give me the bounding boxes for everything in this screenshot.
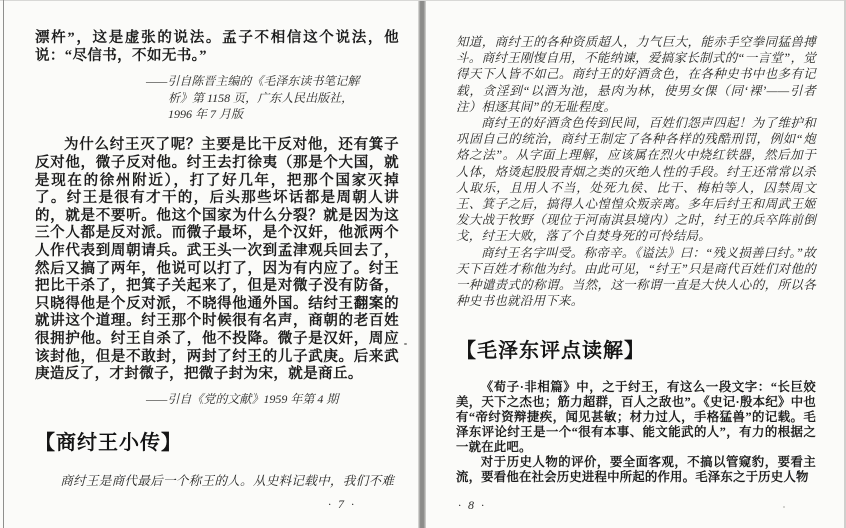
book-spine-divider [418,0,426,528]
section-heading-biography: 【商纣王小传】 [35,431,399,455]
scan-left-edge [3,0,4,528]
citation-source-1: ——引自陈晋主编的《毛泽东读书笔记解析》第 1158 页，广东人民出版社，199… [146,73,360,122]
scan-speck [528,58,530,60]
biography-paragraph-1: 知道，商纣王的各种资质超人，力气巨大，能赤手空拳同猛兽搏斗。商纣王刚愎自用，不能… [456,34,816,115]
scan-top-edge [0,0,846,1]
left-page-text-column: 漂杵”，这是虚张的说法。孟子不相信这个说法，他说：“尽信书，不如无书。” ——引… [35,30,399,489]
commentary-paragraph-1: 《荀子·非相篇》中，之于纣王，有这么一段文字：“长巨姣美，天下之杰也；筋力超群，… [456,380,816,455]
right-page: 知道，商纣王的各种资质超人，力气巨大，能赤手空拳同猛兽搏斗。商纣王刚愎自用，不能… [426,0,844,528]
scan-speck [404,343,407,345]
section-heading-commentary: 【毛泽东评点读解】 [456,339,816,363]
mao-quote-king-zhou: 为什么纣王灭了呢？主要是比干反对他，还有箕子反对他，微子反对他。纣王去打徐夷（那… [35,137,399,383]
biography-paragraph-3: 商纣王名字叫受。称帝辛。《谥法》曰：“残义损善曰纣。”故天下百姓才称他为纣。由此… [456,245,816,310]
biography-paragraph-2: 商纣王的好酒贪色传到民间，百姓们怨声四起！为了维护和巩固自己的统治，商纣王制定了… [456,115,816,245]
mao-quote-continuation: 漂杵”，这是虚张的说法。孟子不相信这个说法，他说：“尽信书，不如无书。” [35,30,399,65]
page-number-8: · 8 · [458,498,486,513]
scan-speck [783,506,785,508]
biography-opening-line: 商纣王是商代最后一个称王的人。从史料记载中，我们不难 [35,473,399,489]
left-page: 漂杵”，这是虚张的说法。孟子不相信这个说法，他说：“尽信书，不如无书。” ——引… [4,0,418,528]
right-page-text-column: 知道，商纣王的各种资质超人，力气巨大，能赤手空拳同猛兽搏斗。商纣王刚愎自用，不能… [456,34,816,485]
commentary-paragraph-2: 对于历史人物的评价，要全面客观，不搞以管窥豹，要看主流，要看他在社会历史进程中所… [456,455,816,485]
citation-source-2: ——引自《党的文献》1959 年第 4 期 [146,391,399,407]
book-scan-spread: 漂杵”，这是虚张的说法。孟子不相信这个说法，他说：“尽信书，不如无书。” ——引… [0,0,846,528]
page-number-7: · 7 · [328,497,356,512]
